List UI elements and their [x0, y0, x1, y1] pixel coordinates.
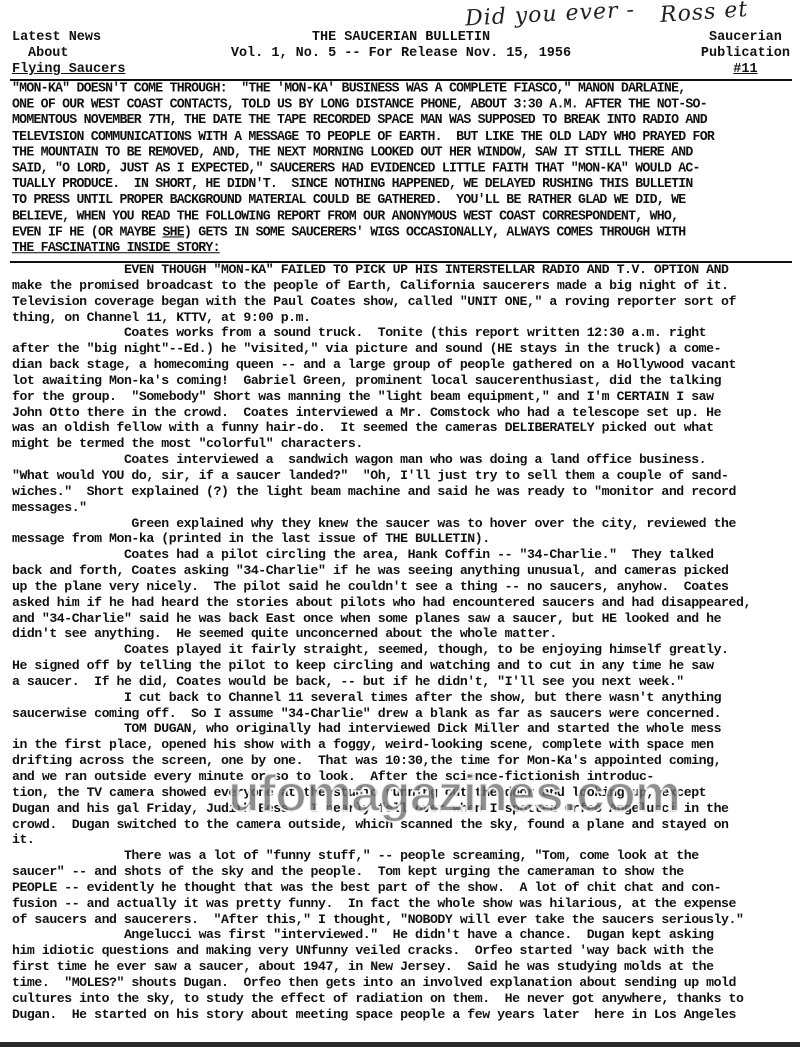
intro-line: THE FASCINATING INSIDE STORY:	[12, 239, 794, 255]
body-line: saucer" -- and shots of the sky and the …	[12, 864, 794, 880]
body-line: crowd. Dugan switched to the camera outs…	[12, 817, 794, 833]
body-line: it.	[12, 832, 794, 848]
body-line: tion, the TV camera showed everyone at t…	[12, 785, 794, 801]
body-line: back and forth, Coates asking "34-Charli…	[12, 563, 794, 579]
body-line: Dugan and his gal Friday, Judith Bess. I…	[12, 801, 794, 817]
body-line: up the plane very nicely. The pilot said…	[12, 579, 794, 595]
body-line: after the "big night"--Ed.) he "visited,…	[12, 341, 794, 357]
body-line: for the group. "Somebody" Short was mann…	[12, 389, 794, 405]
body-line: John Otto there in the crowd. Coates int…	[12, 405, 794, 421]
publication-number: #11	[701, 62, 790, 78]
body-line: There was a lot of "funny stuff," -- peo…	[12, 848, 794, 864]
body-line: first time he ever saw a saucer, about 1…	[12, 959, 794, 975]
body-line: EVEN THOUGH "MON-KA" FAILED TO PICK UP H…	[12, 262, 794, 278]
body-line: lot awaiting Mon-ka's coming! Gabriel Gr…	[12, 373, 794, 389]
intro-paragraph: "MON-KA" DOESN'T COME THROUGH: "THE 'MON…	[12, 80, 794, 255]
masthead-right-line: Saucerian	[701, 30, 790, 46]
body-line: Coates had a pilot circling the area, Ha…	[12, 547, 794, 563]
body-line: make the promised broadcast to the peopl…	[12, 278, 794, 294]
body-line: drifting across the screen, one by one. …	[12, 753, 794, 769]
masthead-right-line: Publication	[701, 46, 790, 62]
body-line: thing, on Channel 11, KTTV, at 9:00 p.m.	[12, 310, 794, 326]
body-line: saucerwise coming off. So I assume "34-C…	[12, 706, 794, 722]
body-line: I cut back to Channel 11 several times a…	[12, 690, 794, 706]
body-line: messages."	[12, 500, 794, 516]
body-line: was an oldish fellow with a funny hair-d…	[12, 420, 794, 436]
page-bottom-edge	[0, 1042, 800, 1047]
body-line: "What would YOU do, sir, if a saucer lan…	[12, 468, 794, 484]
intro-line: EVEN IF HE (OR MAYBE SHE) GETS IN SOME S…	[12, 224, 794, 240]
masthead: THE SAUCERIAN BULLETIN Vol. 1, No. 5 -- …	[12, 30, 790, 80]
intro-line: TO PRESS UNTIL PROPER BACKGROUND MATERIA…	[12, 192, 794, 208]
body-line: Coates played it fairly straight, seemed…	[12, 642, 794, 658]
body-line: Dugan. He started on his story about mee…	[12, 1007, 794, 1023]
body-line: cultures into the sky, to study the effe…	[12, 991, 794, 1007]
body-line: and we ran outside every minute or so to…	[12, 769, 794, 785]
masthead-left: Latest News About Flying Saucers	[12, 30, 125, 78]
intro-line: TELEVISION COMMUNICATIONS WITH A MESSAGE…	[12, 128, 794, 144]
body-line: Green explained why they knew the saucer…	[12, 516, 794, 532]
body-line: him idiotic questions and making very UN…	[12, 943, 794, 959]
masthead-left-line: Latest News	[12, 30, 125, 46]
handwritten-note: Ross et	[659, 0, 749, 28]
body-line: dian back stage, a homecoming queen -- a…	[12, 357, 794, 373]
body-line: and "34-Charlie" said he was back East o…	[12, 611, 794, 627]
bulletin-title: THE SAUCERIAN BULLETIN	[12, 30, 790, 46]
body-line: TOM DUGAN, who originally had interviewe…	[12, 721, 794, 737]
intro-line: TUALLY PRODUCE. IN SHORT, HE DIDN'T. SIN…	[12, 176, 794, 192]
body-line: wiches." Short explained (?) the light b…	[12, 484, 794, 500]
body-line: Angelucci was first "interviewed." He di…	[12, 927, 794, 943]
body-line: message from Mon-ka (printed in the last…	[12, 531, 794, 547]
masthead-left-line: About	[12, 46, 125, 62]
body-line: asked him if he had heard the stories ab…	[12, 595, 794, 611]
body-line: a saucer. If he did, Coates would be bac…	[12, 674, 794, 690]
body-line: He signed off by telling the pilot to ke…	[12, 658, 794, 674]
body-line: Coates interviewed a sandwich wagon man …	[12, 452, 794, 468]
intro-line: SAID, "O LORD, JUST AS I EXPECTED," SAUC…	[12, 160, 794, 176]
bulletin-title-block: THE SAUCERIAN BULLETIN Vol. 1, No. 5 -- …	[12, 30, 790, 62]
intro-line: BELIEVE, WHEN YOU READ THE FOLLOWING REP…	[12, 208, 794, 224]
masthead-right: Saucerian Publication #11	[701, 30, 790, 78]
intro-line: ONE OF OUR WEST COAST CONTACTS, TOLD US …	[12, 96, 794, 112]
intro-line: THE MOUNTAIN TO BE REMOVED, AND, THE NEX…	[12, 144, 794, 160]
issue-info: Vol. 1, No. 5 -- For Release Nov. 15, 19…	[12, 46, 790, 62]
masthead-left-line: Flying Saucers	[12, 62, 125, 78]
article-body: EVEN THOUGH "MON-KA" FAILED TO PICK UP H…	[12, 262, 794, 1023]
body-line: time. "MOLES?" shouts Dugan. Orfeo then …	[12, 975, 794, 991]
intro-line: MOMENTOUS NOVEMBER 7TH, THE DATE THE TAP…	[12, 112, 794, 128]
body-line: of saucers and saucerers. "After this," …	[12, 912, 794, 928]
intro-line: "MON-KA" DOESN'T COME THROUGH: "THE 'MON…	[12, 80, 794, 96]
body-line: fusion -- and actually it was pretty fun…	[12, 896, 794, 912]
body-line: Coates works from a sound truck. Tonite …	[12, 325, 794, 341]
body-line: Television coverage began with the Paul …	[12, 294, 794, 310]
body-line: might be termed the most "colorful" char…	[12, 436, 794, 452]
handwritten-note: Did you ever -	[464, 0, 635, 31]
body-line: didn't see anything. He seemed quite unc…	[12, 626, 794, 642]
body-line: in the first place, opened his show with…	[12, 737, 794, 753]
body-line: PEOPLE -- evidently he thought that was …	[12, 880, 794, 896]
